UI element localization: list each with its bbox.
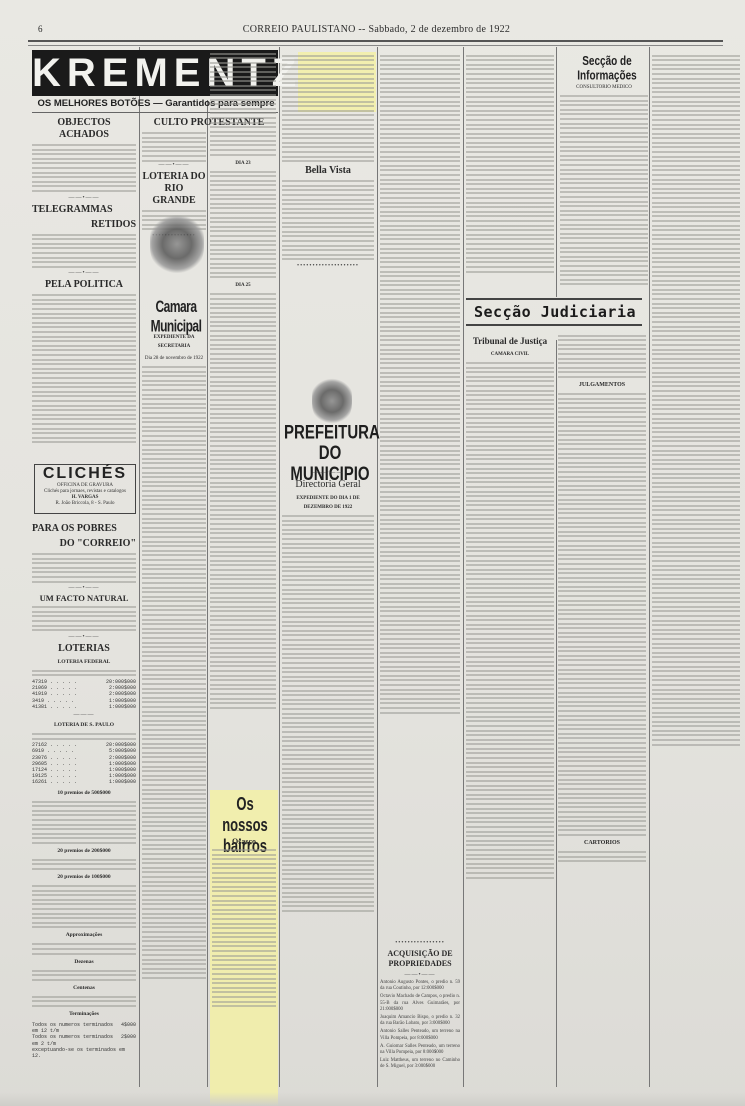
heading-loterias: LOTERIAS [32, 643, 136, 655]
cliches-title: CLICHÉS [35, 465, 135, 483]
article-text [210, 293, 276, 708]
article-text [558, 851, 646, 862]
heading-tribunal-justica: Tribunal de Justiça [466, 335, 554, 347]
masthead-rule [28, 40, 723, 46]
article-text [558, 335, 646, 378]
acquisicao-entry: Joaquim Amancio Bispo, o predio n. 32 da… [380, 1015, 460, 1027]
heading-camara-civil: CAMARA CIVIL [466, 350, 554, 359]
heading-loteria-sp: LOTERIA DE S. PAULO [32, 721, 136, 730]
ornament-divider: ——•—— [380, 972, 460, 978]
loteria-section: Centenas [32, 984, 136, 993]
loteria-section: Dezenas [32, 958, 136, 967]
column-5 [380, 52, 460, 716]
article-text [466, 362, 554, 879]
heading-retidos: RETIDOS [32, 219, 136, 231]
article-text [32, 144, 136, 192]
terminacao-row: Todos os numeros terminados em 2 t/m2$00… [32, 1034, 136, 1046]
acquisicao-section: •••••••••••••••• ACQUISIÇÃO DE PROPRIEDA… [380, 938, 460, 1073]
heading-directoria-geral: Directoria Geral [282, 479, 374, 491]
article-text [32, 294, 136, 443]
ornament-divider: ——•—— [142, 162, 206, 168]
column-2-body: EXPEDIENTE DA SECRETARIA Dia 28 de novem… [142, 330, 206, 982]
loteria-sp-table: 27162 . . . . .20:000$0006919 . . . . .5… [32, 742, 136, 785]
heading-acquisicao: ACQUISIÇÃO DE PROPRIEDADES [380, 949, 460, 969]
prize-rows [32, 859, 136, 870]
masthead: 6 CORREIO PAULISTANO -- Sabbado, 2 de de… [28, 24, 725, 38]
heading-do-correio: DO "CORREIO" [32, 538, 136, 550]
sao-paulo-coat-of-arms-icon [150, 212, 204, 276]
newspaper-page: 6 CORREIO PAULISTANO -- Sabbado, 2 de de… [0, 0, 745, 1106]
page-number: 6 [38, 24, 43, 34]
column-divider [377, 47, 378, 1087]
loteria-federal-table: 47319 . . . . .20:000$00021069 . . . . .… [32, 679, 136, 710]
column-7: JULGAMENTOS CARTORIOS [558, 332, 646, 865]
cliches-advert: CLICHÉS OFFICINA DE GRAVURA Clichés para… [34, 464, 136, 514]
column-divider [279, 47, 280, 1087]
ornament-divider: ——•—— [32, 195, 136, 201]
article-text [466, 55, 554, 273]
column-divider [556, 47, 557, 297]
article-text [212, 849, 276, 1007]
ornament-divider: ——— [32, 712, 136, 718]
column-divider [139, 47, 140, 1087]
article-text [380, 55, 460, 714]
article-text [282, 180, 374, 260]
loteria-section: Approximações [32, 931, 136, 940]
column-8 [652, 52, 740, 748]
loteria-section: 10 premios de 500$000 [32, 789, 136, 798]
column-divider [649, 47, 650, 1087]
loteria-section: Terminações [32, 1010, 136, 1019]
terminacao-footer: exceptuando-se os terminados em 12. [32, 1047, 136, 1059]
tribunal-section: Tribunal de Justiça CAMARA CIVIL [466, 332, 554, 881]
lottery-row: 16261 . . . . .1:000$000 [32, 779, 136, 785]
article-text [558, 393, 646, 836]
prize-rows [32, 970, 136, 981]
prize-rows [32, 885, 136, 928]
article-text [142, 366, 206, 979]
prize-rows [32, 943, 136, 954]
loteria-section: 20 premios de 200$000 [32, 847, 136, 856]
prefeitura-coat-of-arms-icon [312, 376, 352, 426]
prize-rows [32, 801, 136, 844]
ornament-divider: ——•—— [282, 470, 374, 476]
acquisicao-entry: Luiz Mattheus, um terreno no Caminho de … [380, 1058, 460, 1070]
divider [466, 324, 642, 326]
article-text [210, 171, 276, 279]
heading-consultorio-medico: CONSULTORIO MEDICO [560, 83, 648, 92]
ornament-divider: •••••••••••••••• [380, 940, 460, 946]
lottery-row: 41381 . . . . .1:000$000 [32, 704, 136, 710]
heading-para-os-pobres: PARA OS POBRES [32, 523, 136, 535]
column-4: Bella Vista •••••••••••••••••••• [282, 52, 374, 271]
article-text [560, 95, 648, 285]
article-text [210, 53, 276, 156]
ornament-divider: ——•—— [32, 270, 136, 276]
heading-loteria-rio-grande: LOTERIA DO RIO GRANDE [142, 171, 206, 207]
ornament-divider: ——•—— [212, 828, 276, 834]
prize-rows [32, 996, 136, 1007]
heading-expediente-secretaria: EXPEDIENTE DA SECRETARIA [142, 333, 206, 351]
heading-um-facto-natural: UM FACTO NATURAL [32, 594, 136, 603]
article-text [32, 234, 136, 268]
heading-telegrammas: TELEGRAMMAS [32, 204, 136, 216]
expediente-date: Dia 28 de novembro de 1922 [142, 354, 206, 363]
column-divider [207, 100, 208, 1087]
ornament-divider: •••••••••••••••••••• [282, 263, 374, 269]
article-text [32, 670, 136, 677]
terminacao-row: Todos os numeros terminados em 12 t/m4$0… [32, 1022, 136, 1034]
article-text [652, 55, 740, 746]
dia-label: DIA 25 [210, 281, 276, 290]
acquisicao-list: Antonio Augusto Pontes, o predio n. 59 d… [380, 980, 460, 1071]
article-text [282, 515, 374, 912]
ornament-divider: ——•—— [32, 634, 136, 640]
column-divider [556, 340, 557, 1087]
loteria-section: 20 premios de 100$000 [32, 873, 136, 882]
heading-julgamentos: JULGAMENTOS [558, 381, 646, 390]
column-1: OBJECTOS ACHADOS ——•—— TELEGRAMMAS RETID… [32, 114, 136, 446]
acquisicao-entry: Antonio Augusto Pontes, o predio n. 59 d… [380, 980, 460, 992]
column-divider [463, 47, 464, 1087]
heading-seccao-informacoes: Secção de Informações [560, 55, 654, 84]
divider [466, 298, 642, 300]
heading-loteria-federal: LOTERIA FEDERAL [32, 658, 136, 667]
acquisicao-entry: Octavio Machado de Campos, o predio n. 5… [380, 994, 460, 1013]
acquisicao-entry: Antonio Salles Penteado, um terreno na V… [380, 1029, 460, 1041]
article-text [282, 55, 374, 163]
bairros-body: ——•—— Osasco [212, 826, 276, 1010]
column-1-lower: PARA OS POBRES DO "CORREIO" ——•—— UM FAC… [32, 520, 136, 1059]
article-text [32, 733, 136, 740]
heading-cartorios: CARTORIOS [558, 839, 646, 848]
heading-bella-vista: Bella Vista [282, 165, 374, 177]
acquisicao-entry: A. Guiomar Salles Penteado, um terreno n… [380, 1044, 460, 1056]
heading-osasco: Osasco [212, 837, 276, 846]
article-text [32, 553, 136, 583]
heading-seccao-judiciaria: Secção Judiciaria [470, 303, 640, 321]
informacoes-body: CONSULTORIO MEDICO [560, 80, 648, 288]
heading-expediente-prefeitura: EXPEDIENTE DO DIA 1 DE DEZEMBRO DE 1922 [282, 494, 374, 512]
heading-objectos-achados: OBJECTOS ACHADOS [32, 117, 136, 141]
masthead-title: CORREIO PAULISTANO -- Sabbado, 2 de deze… [243, 24, 510, 35]
cliches-line: R. João Briccola, 8 - S. Paulo [35, 501, 135, 507]
article-text [32, 606, 136, 631]
column-4-body: ——•—— Directoria Geral EXPEDIENTE DO DIA… [282, 468, 374, 915]
ornament-divider: ——•—— [32, 585, 136, 591]
column-3: DIA 23 DIA 25 [210, 50, 276, 711]
page-bottom-edge [0, 1092, 745, 1106]
heading-pela-politica: PELA POLITICA [32, 279, 136, 291]
article-text [142, 132, 206, 162]
column-6 [466, 52, 554, 275]
dia-label: DIA 23 [210, 159, 276, 168]
